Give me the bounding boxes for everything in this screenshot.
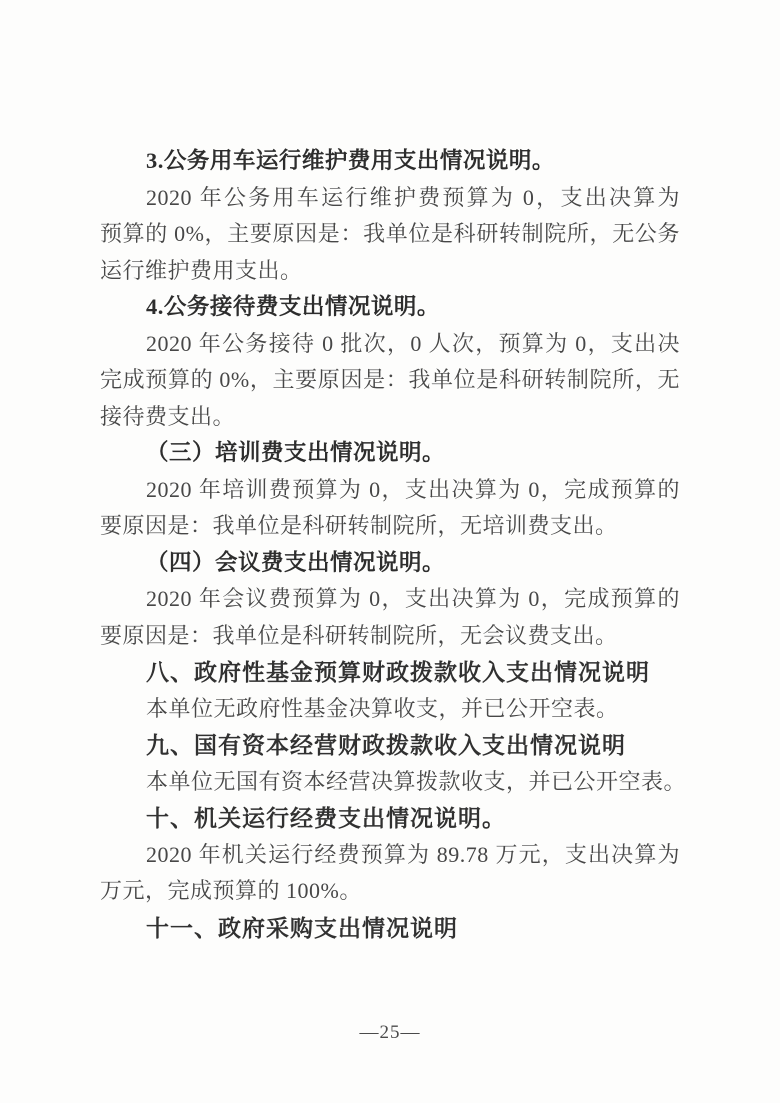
document-page: 3.公务用车运行维护费用支出情况说明。 2020 年公务用车运行维护费预算为 0…: [0, 0, 780, 1103]
paragraph-line: 运行维护费用支出。: [100, 253, 680, 290]
paragraph-line: 预算的 0%，主要原因是：我单位是科研转制院所，无公务用车: [100, 216, 680, 253]
heading-official-vehicle-maintenance: 3.公务用车运行维护费用支出情况说明。: [100, 143, 680, 180]
paragraph-line: 2020 年会议费预算为 0，支出决算为 0，完成预算的 0%，主: [100, 581, 680, 618]
paragraph-line: 完成预算的 0%，主要原因是：我单位是科研转制院所，无公务: [100, 362, 680, 399]
paragraph-line: 要原因是：我单位是科研转制院所，无培训费支出。: [100, 508, 680, 545]
paragraph-line: 本单位无国有资本经营决算拨款收支，并已公开空表。: [100, 764, 680, 801]
heading-official-reception: 4.公务接待费支出情况说明。: [100, 289, 680, 326]
paragraph-line: 2020 年培训费预算为 0，支出决算为 0，完成预算的 0%，主: [100, 472, 680, 509]
paragraph-line: 接待费支出。: [100, 399, 680, 436]
heading-training-fee: （三）培训费支出情况说明。: [100, 435, 680, 472]
paragraph-line: 万元，完成预算的 100%。: [100, 873, 680, 910]
paragraph-line: 2020 年机关运行经费预算为 89.78 万元，支出决算为 89.78: [100, 837, 680, 874]
paragraph-line: 2020 年公务用车运行维护费预算为 0，支出决算为 0，完成: [100, 180, 680, 217]
paragraph-line: 本单位无政府性基金决算收支，并已公开空表。: [100, 691, 680, 728]
heading-gov-procurement: 十一、政府采购支出情况说明: [100, 910, 680, 947]
paragraph-line: 要原因是：我单位是科研转制院所，无会议费支出。: [100, 618, 680, 655]
page-number: —25—: [100, 1014, 680, 1051]
heading-gov-fund-budget: 八、政府性基金预算财政拨款收入支出情况说明: [100, 654, 680, 691]
heading-meeting-fee: （四）会议费支出情况说明。: [100, 545, 680, 582]
heading-agency-operating-expense: 十、机关运行经费支出情况说明。: [100, 800, 680, 837]
paragraph-line: 2020 年公务接待 0 批次，0 人次，预算为 0，支出决算为 0，: [100, 326, 680, 363]
heading-state-capital-operation: 九、国有资本经营财政拨款收入支出情况说明: [100, 727, 680, 764]
